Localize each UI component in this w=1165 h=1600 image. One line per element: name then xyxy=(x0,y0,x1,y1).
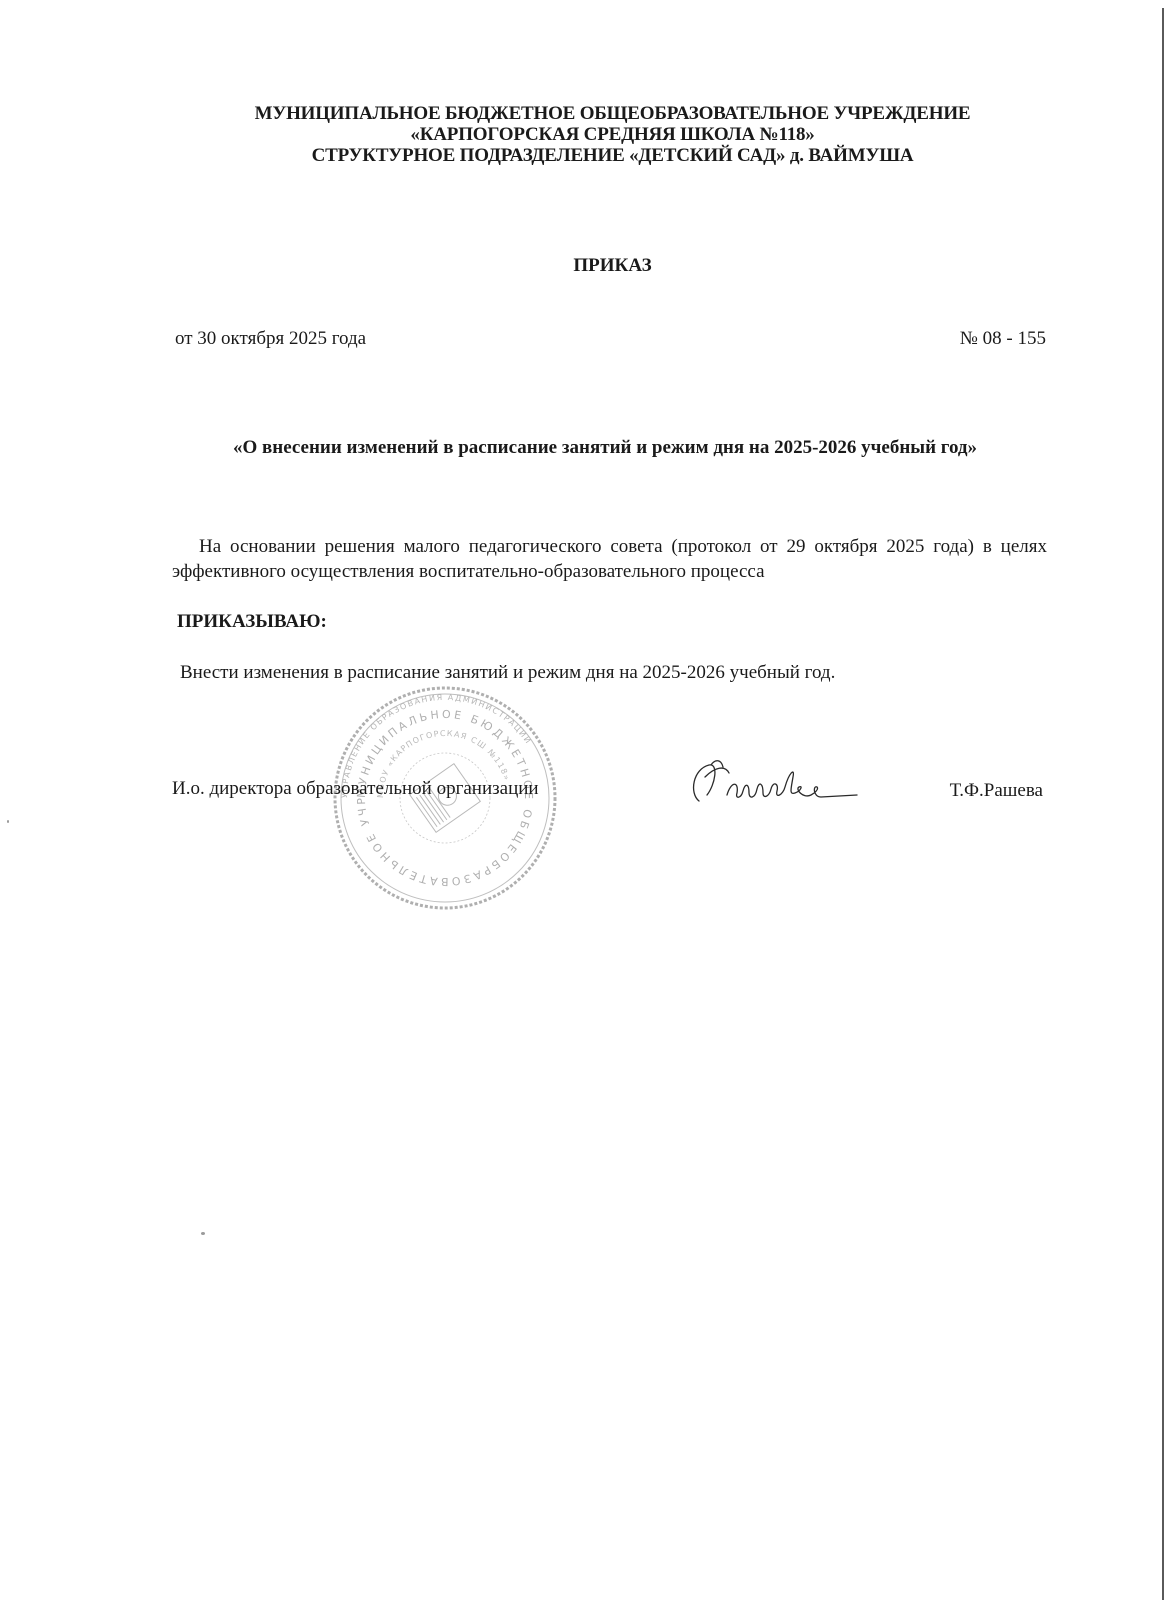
subdivision-name: СТРУКТУРНОЕ ПОДРАЗДЕЛЕНИЕ «ДЕТСКИЙ САД» … xyxy=(0,145,1165,166)
handwritten-signature-icon xyxy=(685,755,865,810)
order-verb-heading: ПРИКАЗЫВАЮ: xyxy=(177,611,327,633)
scan-speck xyxy=(201,1232,205,1235)
order-directive: Внести изменения в расписание занятий и … xyxy=(180,662,835,684)
scan-speck xyxy=(7,820,9,823)
school-name: «КАРПОГОРСКАЯ СРЕДНЯЯ ШКОЛА №118» xyxy=(0,124,1165,145)
order-subject: «О внесении изменений в расписание занят… xyxy=(180,436,1030,460)
institution-name: МУНИЦИПАЛЬНОЕ БЮДЖЕТНОЕ ОБЩЕОБРАЗОВАТЕЛЬ… xyxy=(0,103,1165,124)
signer-position: И.о. директора образовательной организац… xyxy=(172,778,539,800)
signer-name: Т.Ф.Рашева xyxy=(950,780,1043,802)
document-type-title: ПРИКАЗ xyxy=(0,255,1165,277)
order-number: № 08 - 155 xyxy=(960,328,1046,350)
order-preamble: На основании решения малого педагогическ… xyxy=(172,534,1047,584)
scan-edge-line xyxy=(1162,8,1164,1600)
order-date: от 30 октября 2025 года xyxy=(175,328,366,350)
institution-header: МУНИЦИПАЛЬНОЕ БЮДЖЕТНОЕ ОБЩЕОБРАЗОВАТЕЛЬ… xyxy=(0,103,1165,166)
